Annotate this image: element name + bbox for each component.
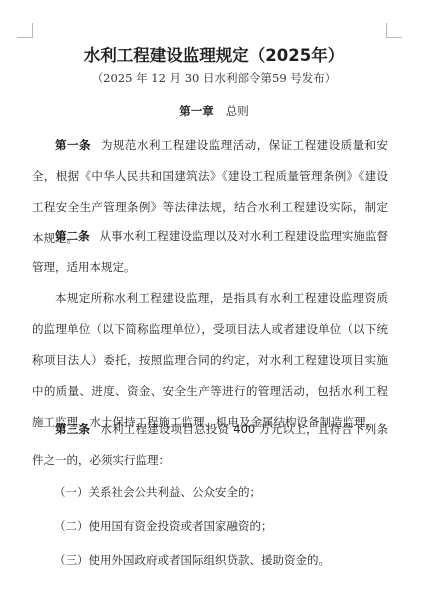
page-corner-mark-top-right: [386, 23, 402, 38]
article-label: 第二条: [55, 229, 90, 243]
list-item: （二）使用国有资金投资或者国家融资的；: [54, 518, 273, 534]
article-3: 第三条水利工程建设项目总投资 400 万元以上，且符合下列条件之一的，必须实行监…: [32, 414, 388, 476]
article-2: 第二条从事水利工程建设监理以及对水利工程建设监理实施监督管理，适用本规定。: [32, 221, 388, 283]
chapter-heading: 第一章总则: [0, 103, 428, 119]
chapter-name: 总则: [226, 104, 249, 118]
list-item: （三）使用外国政府或者国际组织贷款、援助资金的。: [54, 552, 330, 568]
paragraph-text: 本规定所称水利工程建设监理，是指具有水利工程建设监理资质的监理单位（以下简称监理…: [32, 291, 388, 429]
page-corner-mark-top-left: [17, 23, 33, 38]
article-label: 第一条: [55, 138, 91, 152]
document-subtitle: （2025 年 12 月 30 日水利部令第59 号发布）: [0, 70, 428, 86]
list-item: （一）关系社会公共利益、公众安全的；: [54, 484, 261, 500]
article-label: 第三条: [55, 422, 90, 436]
chapter-number: 第一章: [179, 104, 214, 118]
document-title: 水利工程建设监理规定（2025年）: [0, 42, 428, 66]
